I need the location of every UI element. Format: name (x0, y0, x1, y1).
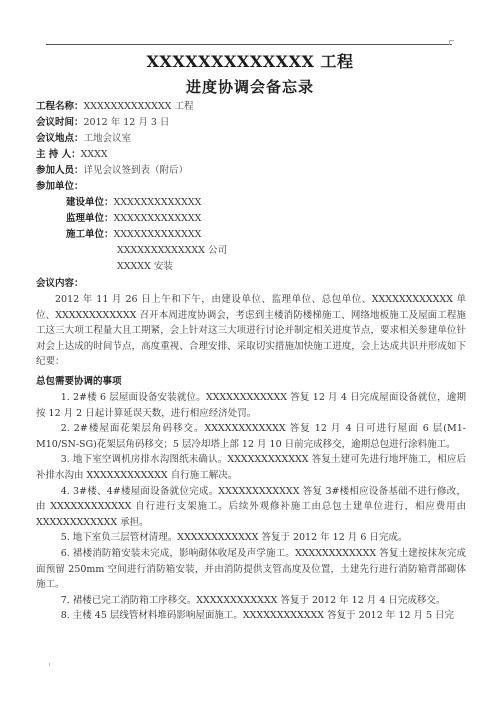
meta-project-name: 工程名称：XXXXXXXXXXXXX 工程 (36, 99, 193, 114)
unit-construction: 建设单位：XXXXXXXXXXXXX (66, 195, 201, 210)
page-footer-mark (49, 663, 50, 666)
intro-paragraph: 2012 年 11 月 26 日上午和下午，由建设单位、监理单位、总包单位、XX… (36, 292, 466, 370)
unit-value: XXXXXXXXXXXXX (114, 213, 202, 224)
meta-value: 详见会议签到表（附后） (84, 165, 189, 176)
meta-label: 工程名称： (36, 101, 84, 112)
meta-host: 主 持 人：XXXX (36, 147, 108, 162)
list-item: 5. 地下室负三层管材清理。XXXXXXXXXXXX 答复于 2012 年 12… (36, 530, 466, 546)
list-item: 2. 2#楼屋面花架层角码移交。XXXXXXXXXXXX 答复 12 月 4 日… (36, 421, 466, 452)
list-item: 3. 地下室空调机房排水沟图纸未确认。XXXXXXXXXXXX 答复土建可先进行… (36, 452, 466, 483)
unit-value: XXXXXXXXXXXXX (114, 197, 202, 208)
meta-label: 参加人员： (36, 165, 84, 176)
header-rule (46, 44, 452, 45)
content-label-row: 会议内容： (36, 276, 84, 291)
unit-label: 监理单位： (66, 213, 114, 224)
meta-label: 参加单位： (36, 181, 84, 192)
meta-value: XXXX (81, 149, 108, 160)
meta-label: 会议时间： (36, 117, 84, 128)
section-title: 总包需要协调的事项 (36, 373, 122, 387)
meta-label: 会议地点： (36, 133, 84, 144)
unit-builder-3: XXXXX 安装 (117, 259, 173, 274)
list-item: 4. 3#楼、4#楼屋面设备就位完成。XXXXXXXXXXXX 答复 3#楼相应… (36, 484, 466, 531)
unit-builder-2: XXXXXXXXXXXXX 公司 (117, 243, 227, 258)
meeting-intro: 2012 年 11 月 26 日上午和下午，由建设单位、监理单位、总包单位、XX… (36, 292, 466, 370)
unit-value: XXXXXXXXXXXXX (114, 229, 202, 240)
meta-attendees: 参加人员：详见会议签到表（附后） (36, 163, 188, 178)
content-label: 会议内容： (36, 278, 84, 289)
meta-value: XXXXXXXXXXXXX 工程 (84, 101, 194, 112)
unit-builder: 施工单位：XXXXXXXXXXXXX (66, 227, 201, 242)
unit-label: 建设单位： (66, 197, 114, 208)
unit-supervision: 监理单位：XXXXXXXXXXXXX (66, 211, 201, 226)
meta-units-label: 参加单位： (36, 179, 84, 194)
unit-label: 施工单位： (66, 229, 114, 240)
list-item: 7. 裙楼已完工消防箱工序移交。XXXXXXXXXXXX 答复于 2012 年 … (36, 593, 466, 609)
meta-meeting-place: 会议地点：工地会议室 (36, 131, 131, 146)
unit-value: XXXXXXXXXXXXX 公司 (117, 245, 227, 256)
list-item: 6. 裙楼消防箱安装未完成，影响砌体收尾及声学施工。XXXXXXXXXXXX 答… (36, 546, 466, 593)
page-corner-mark (449, 40, 454, 45)
list-item: 8. 主楼 45 层线管材料堆码影响屋面施工。XXXXXXXXXXXX 答复于 … (36, 608, 466, 624)
list-item: 1. 2#楼 6 层屋面设备安装就位。XXXXXXXXXXXX 答复 12 月 … (36, 390, 466, 421)
coordination-items: 1. 2#楼 6 层屋面设备安装就位。XXXXXXXXXXXX 答复 12 月 … (36, 390, 466, 624)
document-title: XXXXXXXXXXXXX 工程 (0, 49, 500, 72)
meta-value: 2012 年 12 月 3 日 (84, 117, 170, 128)
meta-meeting-time: 会议时间：2012 年 12 月 3 日 (36, 115, 169, 130)
meta-label: 主 持 人： (36, 149, 81, 160)
unit-value: XXXXX 安装 (117, 261, 173, 272)
document-subtitle: 进度协调会备忘录 (0, 76, 500, 97)
meta-value: 工地会议室 (84, 133, 132, 144)
document-page: XXXXXXXXXXXXX 工程 进度协调会备忘录 工程名称：XXXXXXXXX… (0, 0, 500, 708)
